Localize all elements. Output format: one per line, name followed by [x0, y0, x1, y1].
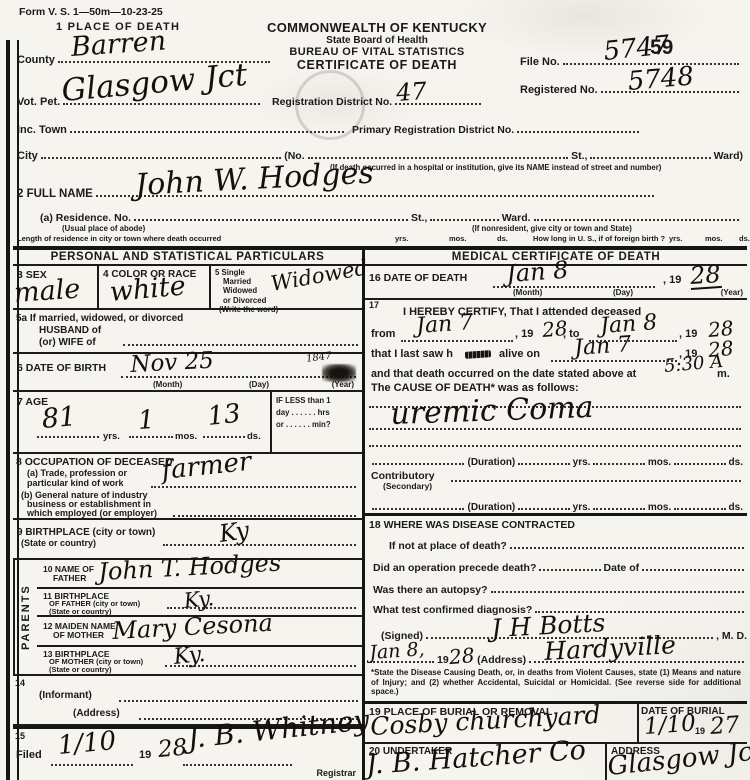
date-of-death-row: 16 DATE OF DEATH Jan 8 , 19 28 (Month) (… [365, 266, 747, 300]
cause-line-3 [369, 445, 741, 447]
age-mos-label: mos. [175, 431, 197, 442]
father-bp-label3: (State or country) [49, 607, 112, 616]
inc-town-label: Inc. Town [17, 124, 67, 136]
registrar-sig-line [183, 764, 292, 766]
sign-address-handwritten: Hardyville [544, 632, 677, 664]
duration2-yrs: yrs. [573, 502, 591, 513]
from-label: from [371, 328, 395, 340]
age-days-handwritten: 13 [206, 401, 242, 430]
death-certificate-scan: Form V. S. 1—50m—10-23-25 1 PLACE OF DEA… [0, 0, 750, 780]
state-board-subtitle: State Board of Health [238, 35, 516, 46]
disease-contracted-label: 18 WHERE WAS DISEASE CONTRACTED [365, 516, 747, 532]
city-row: City (No. St., Ward) [17, 150, 743, 162]
informant-address-label: (Address) [73, 708, 120, 719]
birthplace-handwritten: Ky [218, 518, 251, 546]
operation-label: Did an operation precede death? [373, 562, 536, 574]
parents-vertical-label: PARENTS [13, 560, 37, 674]
contributory-row: Contributory (Secondary) [365, 468, 747, 494]
undertaker-handwritten: J. B. Hatcher Co [365, 737, 587, 779]
day-sublabel: (Day) [249, 380, 269, 389]
sex-cell: 3 SEX male [13, 266, 99, 308]
duration1-mos: mos. [648, 457, 671, 468]
last-saw-date-handwritten: Jan 7 [573, 334, 632, 360]
duration1-lead-line [372, 459, 464, 465]
cause-line-2 [369, 428, 741, 430]
registered-no-handwritten: 5748 [626, 63, 694, 95]
birthplace-line [163, 544, 356, 546]
birthplace-label: 9 BIRTHPLACE (city or town) [17, 527, 155, 538]
operation-row: Did an operation precede death? Date of [365, 552, 747, 574]
registration-district-row: Registration District No. 47 [272, 96, 484, 108]
cause-handwritten: uremic Coma [390, 393, 594, 430]
parents-block: PARENTS 10 NAME OF FATHER John T. Hodges… [13, 560, 362, 676]
vot-pet-handwritten: Glasgow Jct [61, 60, 249, 107]
dod-day-sublabel: (Day) [613, 288, 633, 297]
autopsy-line [491, 587, 744, 593]
birth-year-handwritten: 1847 [305, 352, 332, 365]
sign-address-label: (Address) [477, 654, 526, 666]
vot-pet-row: Vot. Pet. Glasgow Jct [17, 96, 263, 108]
registrar-label: Registrar [316, 768, 356, 778]
duration1-ds: ds. [729, 457, 743, 468]
if-less-line1: IF LESS than 1 [272, 392, 362, 405]
occupation-row: 8 OCCUPATION OF DECEASED (a) Trade, prof… [13, 454, 362, 520]
husband-of-label: HUSBAND of [39, 325, 101, 336]
howlong-label: How long in U. S., if of foreign birth ? [533, 234, 665, 243]
county-label: County [17, 54, 55, 66]
abode-note: (Usual place of abode) [62, 224, 145, 233]
primary-district-row: Primary Registration District No. [352, 124, 642, 136]
full-name-row: 2 FULL NAME John W. Hodges [17, 188, 657, 200]
filed-label: Filed [16, 749, 42, 761]
form-number: Form V. S. 1—50m—10-23-25 [19, 6, 163, 18]
wife-of-label: (or) WIFE of [39, 337, 96, 348]
duration-row-2: (Duration) yrs. mos. ds. [365, 494, 747, 516]
ink-scratch [465, 350, 491, 359]
duration2-ds-line [674, 504, 725, 510]
filed-year-handwritten: 28 [157, 737, 188, 762]
occupation-a-line1: (a) Trade, profession or [27, 468, 127, 478]
duration2-lead-line [372, 504, 464, 510]
filed-date-line [51, 764, 133, 766]
operation-line [539, 565, 600, 571]
primary-district-label: Primary Registration District No. [352, 124, 514, 136]
to-year-prefix: , 19 [679, 328, 697, 340]
age-days-line [203, 436, 245, 438]
md-label: , M. D. [716, 630, 747, 642]
informant-line [119, 700, 358, 702]
burial-year-handwritten: 27 [709, 714, 740, 739]
file-no-handwritten: 5747 [602, 32, 671, 65]
dod-month-sublabel: (Month) [513, 288, 542, 297]
filed-number: 15 [15, 731, 25, 741]
duration2-label: (Duration) [467, 502, 515, 513]
duration1-label: (Duration) [467, 457, 515, 468]
date-of-label: Date of [604, 562, 640, 574]
month-sublabel: (Month) [153, 380, 182, 389]
if-less-line3: or . . . . . . min? [272, 417, 362, 429]
marital-cell: 5 Single Married Widowed or Divorced (Wr… [211, 266, 362, 308]
date-of-death-handwritten: Jan 8 [505, 258, 569, 286]
dod-year-handwritten: 28 [689, 262, 721, 290]
date-of-birth-handwritten: Nov 25 [130, 350, 215, 377]
sign-year-prefix: 19 [437, 654, 449, 666]
parents-rows: 10 NAME OF FATHER John T. Hodges 11 BIRT… [37, 560, 362, 674]
last-saw-post: alive on [499, 348, 540, 360]
duration2-ds: ds. [729, 502, 743, 513]
bureau-subtitle: BUREAU OF VITAL STATISTICS [238, 46, 516, 58]
burial-year-prefix: 19 [695, 726, 705, 736]
primary-district-line [517, 127, 639, 133]
dod-year-prefix: , 19 [663, 274, 681, 286]
commonwealth-title: COMMONWEALTH OF KENTUCKY [238, 20, 516, 35]
mother-birthplace-row: 13 BIRTHPLACE OF MOTHER (city or town) (… [37, 647, 362, 674]
full-name-line: John W. Hodges [96, 191, 654, 197]
from-year-prefix: , 19 [515, 328, 533, 340]
time-of-death-handwritten: 5:30 A [663, 353, 724, 376]
if-less-line2: day . . . . . . hrs [272, 405, 362, 417]
sign-year-handwritten: 28 [448, 645, 475, 667]
residence-line [134, 215, 408, 221]
color-race-cell: 4 COLOR OR RACE white [99, 266, 211, 308]
burial-date-cell: DATE OF BURIAL 1/10 19 27 [639, 704, 747, 742]
duration1-yrs: yrs. [573, 457, 591, 468]
burial-date-handwritten: 1/10 [643, 712, 696, 739]
length-mos-label: mos. [449, 234, 467, 243]
agency-header: COMMONWEALTH OF KENTUCKY State Board of … [238, 20, 516, 72]
husband-wife-row: 5a If married, widowed, or divorced HUSB… [13, 310, 362, 354]
date-of-death-label: 16 DATE OF DEATH [369, 272, 467, 284]
residence-row: (a) Residence. No. St., Ward. [40, 212, 742, 224]
undertaker-address-handwritten: Glasgow Jct [606, 738, 750, 780]
mother-name-label2: OF MOTHER [53, 630, 104, 640]
city-ward-label: Ward) [714, 150, 743, 162]
wife-of-line [123, 344, 358, 346]
mother-name-handwritten: Mary Cesona [112, 611, 274, 643]
mother-bp-label3: (State or country) [49, 665, 112, 674]
length-ds-label: ds. [497, 234, 508, 243]
howlong-mos-label: mos. [705, 234, 723, 243]
from-line [401, 340, 513, 342]
operation-date-line [642, 565, 744, 571]
age-row: 7 AGE 81 yrs. 1 mos. 13 ds. IF LESS than… [13, 392, 362, 454]
color-race-handwritten: white [109, 272, 187, 306]
autopsy-label: Was there an autopsy? [373, 584, 488, 596]
autopsy-row: Was there an autopsy? [365, 574, 747, 596]
vot-pet-label: Vot. Pet. [17, 96, 60, 108]
duration1-mos-line [593, 459, 644, 465]
county-handwritten: Barren [70, 27, 167, 61]
residence-ward-line [534, 215, 739, 221]
birthplace-sublabel: (State or country) [21, 538, 96, 548]
registered-no-line: 5748 [601, 87, 739, 93]
length-yrs-label: yrs. [395, 234, 408, 243]
filed-date-handwritten: 1/10 [57, 728, 117, 759]
duration2-mos-line [593, 504, 644, 510]
occupation-label: 8 OCCUPATION OF DECEASED [16, 456, 173, 468]
last-saw-pre: that I last saw h [371, 348, 453, 360]
age-cell: 7 AGE 81 yrs. 1 mos. 13 ds. [13, 392, 272, 452]
length-residence-label: Length of residence in city or town wher… [17, 234, 221, 243]
residence-st-line [430, 215, 498, 221]
year-sublabel: (Year) [332, 380, 354, 389]
informant-label: (Informant) [39, 690, 92, 701]
father-name-row: 10 NAME OF FATHER John T. Hodges [37, 560, 362, 589]
marital-option-4: or Divorced [211, 296, 362, 305]
married-widowed-label: 5a If married, widowed, or divorced [16, 313, 183, 324]
city-st-label: St., [571, 150, 587, 162]
full-name-label: 2 FULL NAME [17, 188, 93, 200]
age-ds-label: ds. [247, 431, 261, 442]
sign-address-line: Hardyville [529, 657, 744, 663]
occurred-text: and that death occurred on the date stat… [371, 368, 636, 380]
sign-date-line: Jan 8, [370, 657, 434, 663]
secondary-label: (Secondary) [383, 481, 432, 491]
personal-column: PERSONAL AND STATISTICAL PARTICULARS 3 S… [13, 250, 365, 780]
item-17-number: 17 [369, 300, 379, 310]
city-st-line [590, 153, 710, 159]
duration1-ds-line [674, 459, 725, 465]
date-of-birth-row: 6 DATE OF BIRTH Nov 25 1847 (Month) (Day… [13, 354, 362, 392]
nonresident-note: (If nonresident, give city or town and S… [472, 224, 632, 233]
registered-no-label: Registered No. [520, 84, 598, 96]
registration-district-label: Registration District No. [272, 96, 392, 108]
mother-bp-handwritten: Ky. [173, 643, 207, 668]
employer-line [173, 515, 356, 517]
violent-causes-footnote: *State the Disease Causing Death, or, in… [365, 666, 747, 704]
date-of-birth-label: 6 DATE OF BIRTH [17, 362, 106, 374]
residence-ward-label: Ward. [502, 212, 531, 224]
registration-district-line: 47 [395, 99, 481, 105]
sex-race-marital-row: 3 SEX male 4 COLOR OR RACE white 5 Singl… [13, 266, 362, 310]
residence-st-label: St., [411, 212, 427, 224]
father-bp-handwritten: Ky. [183, 588, 215, 612]
occupation-handwritten: farmer [160, 449, 252, 484]
undertaker-row: 20 UNDERTAKER J. B. Hatcher Co ADDRESS G… [365, 744, 747, 780]
registered-no-row: Registered No. 5748 [520, 84, 742, 96]
sign-date-handwritten: Jan 8, [369, 640, 426, 663]
dod-year-sublabel: (Year) [721, 288, 743, 297]
full-name-handwritten: John W. Hodges [134, 159, 374, 201]
vot-pet-line: Glasgow Jct [63, 99, 260, 105]
main-form-box: PERSONAL AND STATISTICAL PARTICULARS 3 S… [13, 246, 747, 780]
filed-row: 15 Filed 1/10 19 28 J. B. Whitney Regist… [13, 726, 362, 780]
last-saw-line [551, 360, 677, 362]
certificate-title: CERTIFICATE OF DEATH [238, 58, 516, 72]
howlong-ds-label: ds. [739, 234, 750, 243]
age-years-line [37, 436, 99, 438]
undertaker-cell: 20 UNDERTAKER J. B. Hatcher Co [365, 744, 607, 780]
if-not-line [510, 543, 744, 549]
inc-town-row: Inc. Town [17, 124, 347, 136]
personal-section-title: PERSONAL AND STATISTICAL PARTICULARS [13, 250, 362, 266]
hospital-note: (If death occurred in a hospital or inst… [330, 163, 661, 172]
informant-number: 14 [15, 678, 25, 688]
age-years-handwritten: 81 [41, 403, 78, 433]
registration-district-handwritten: 47 [396, 79, 428, 105]
m-label: m. [717, 368, 730, 380]
filed-year-prefix: 19 [139, 749, 151, 761]
if-less-cell: IF LESS than 1 day . . . . . . hrs or . … [272, 392, 362, 452]
occupation-b-line3: which employed (or employer) [27, 508, 157, 518]
inc-town-line [70, 127, 344, 133]
medical-column: MEDICAL CERTIFICATE OF DEATH 16 DATE OF … [365, 250, 747, 780]
duration2-mos: mos. [648, 502, 671, 513]
howlong-yrs-label: yrs. [669, 234, 682, 243]
occupation-line [151, 486, 356, 488]
residence-label: (a) Residence. No. [40, 212, 131, 224]
length-residence-row: Length of residence in city or town wher… [17, 234, 747, 245]
duration-row-1: (Duration) yrs. mos. ds. [365, 448, 747, 468]
cause-of-death-block: and that death occurred on the date stat… [365, 366, 747, 448]
file-no-label: File No. [520, 56, 560, 68]
disease-contracted-block: 18 WHERE WAS DISEASE CONTRACTED If not a… [365, 516, 747, 666]
occupation-a-line2: particular kind of work [27, 478, 124, 488]
undertaker-address-cell: ADDRESS Glasgow Jct [607, 744, 747, 780]
if-not-row: If not at place of death? [365, 532, 747, 552]
father-name-label2: FATHER [53, 573, 86, 583]
contributory-line [451, 480, 741, 482]
burial-place-cell: 19 PLACE OF BURIAL OR REMOVAL Cosby chur… [365, 704, 639, 742]
if-not-label: If not at place of death? [389, 540, 507, 552]
city-label: City [17, 150, 38, 162]
sign-date-address-row: Jan 8, 19 28 (Address) Hardyville [365, 642, 747, 666]
duration1-yrs-line [518, 459, 569, 465]
sex-handwritten: male [13, 275, 81, 307]
age-yrs-label: yrs. [103, 431, 120, 442]
city-line [41, 153, 281, 159]
from-date-handwritten: Jan 7 [415, 312, 474, 338]
age-months-line [129, 436, 173, 438]
duration2-yrs-line [518, 504, 569, 510]
age-months-handwritten: 1 [137, 407, 155, 434]
